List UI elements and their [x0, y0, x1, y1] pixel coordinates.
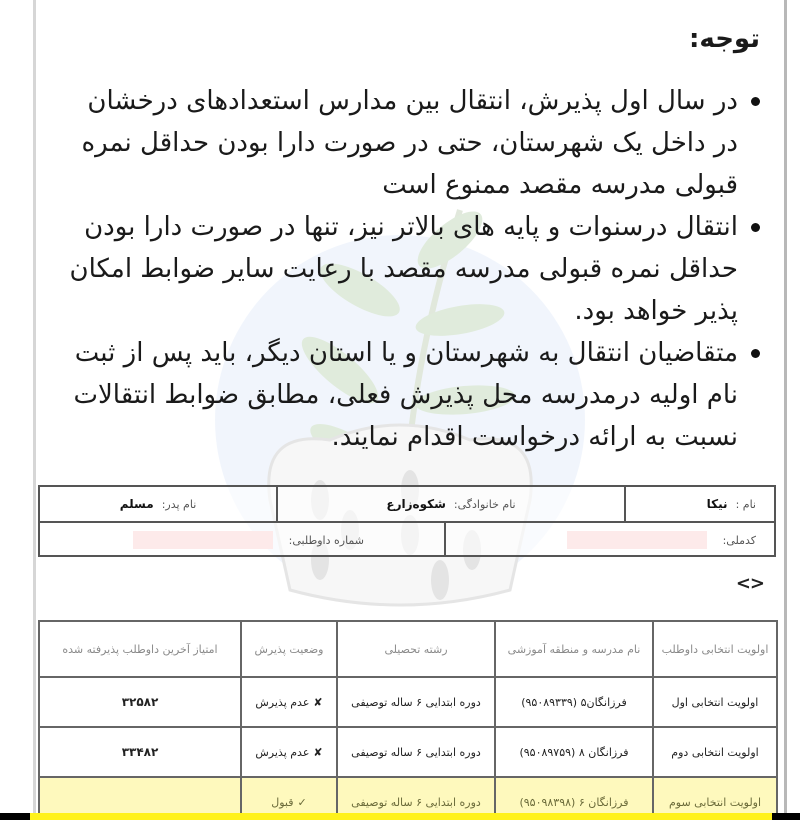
status-text: عدم پذیرش	[255, 696, 309, 709]
student-father-label: نام پدر:	[162, 498, 197, 511]
school-cell: فرزانگان۵ (۹۵۰۸۹۳۳۹)	[495, 677, 653, 727]
student-name-value: نیکا	[707, 497, 728, 511]
table-row: اولویت انتخابی دوم فرزانگان ۸ (۹۵۰۸۹۷۵۹)…	[39, 727, 777, 777]
school-choices-table: اولویت انتخابی داوطلب نام مدرسه و منطقه …	[38, 620, 778, 820]
reject-x-icon: ✘	[313, 746, 322, 759]
highlight-bar	[30, 813, 772, 820]
student-name-label: نام :	[736, 498, 756, 511]
status-cell: ✘عدم پذیرش	[241, 677, 337, 727]
student-number-cell: شماره داوطلبی:	[40, 523, 444, 557]
student-family-value: شکوه‌زارع	[386, 497, 446, 511]
notice-list: در سال اول پذیرش، انتقال بین مدارس استعد…	[58, 80, 760, 458]
header-field: رشته تحصیلی	[337, 621, 495, 677]
student-father-cell: نام پدر: مسلم	[40, 487, 276, 521]
status-text: عدم پذیرش	[255, 746, 309, 759]
field-cell: دوره ابتدایی ۶ ساله توصیفی	[337, 677, 495, 727]
header-priority: اولویت انتخابی داوطلب	[653, 621, 777, 677]
notice-title: توجه:	[689, 24, 760, 54]
table-row: اولویت انتخابی اول فرزانگان۵ (۹۵۰۸۹۳۳۹) …	[39, 677, 777, 727]
student-family-label: نام خانوادگی:	[454, 498, 516, 511]
student-name-cell: نام : نیکا	[624, 487, 774, 521]
accept-check-icon: ✓	[298, 796, 307, 809]
status-cell: ✘عدم پذیرش	[241, 727, 337, 777]
student-father-value: مسلم	[120, 497, 154, 511]
bottom-edge-left	[0, 813, 30, 820]
national-code-label: کدملی:	[723, 534, 756, 547]
header-school: نام مدرسه و منطقه آموزشی	[495, 621, 653, 677]
status-text: قبول	[271, 796, 293, 809]
score-cell: ۳۲۵۸۲	[39, 677, 241, 727]
field-cell: دوره ابتدایی ۶ ساله توصیفی	[337, 727, 495, 777]
student-number-label: شماره داوطلبی:	[289, 534, 364, 547]
student-info-row: کدملی: شماره داوطلبی:	[40, 523, 774, 557]
header-status: وضعیت پذیرش	[241, 621, 337, 677]
student-info-box: نام : نیکا نام خانوادگی: شکوه‌زارع نام پ…	[38, 485, 776, 557]
notice-item: متقاضیان انتقال به شهرستان و یا استان دی…	[58, 332, 738, 458]
national-code-cell: کدملی:	[444, 523, 774, 557]
notice-item: انتقال درسنوات و پایه های بالاتر نیز، تن…	[58, 206, 738, 332]
expand-collapse-toggle-icon[interactable]: <>	[736, 573, 764, 594]
school-cell: فرزانگان ۸ (۹۵۰۸۹۷۵۹)	[495, 727, 653, 777]
priority-cell: اولویت انتخابی دوم	[653, 727, 777, 777]
national-code-value	[567, 531, 707, 549]
notice-item: در سال اول پذیرش، انتقال بین مدارس استعد…	[58, 80, 738, 206]
reject-x-icon: ✘	[313, 696, 322, 709]
bottom-edge-right	[772, 813, 800, 820]
student-info-row: نام : نیکا نام خانوادگی: شکوه‌زارع نام پ…	[40, 487, 774, 523]
header-last-score: امتیاز آخرین داوطلب پذیرفته شده	[39, 621, 241, 677]
student-family-cell: نام خانوادگی: شکوه‌زارع	[276, 487, 624, 521]
table-header-row: اولویت انتخابی داوطلب نام مدرسه و منطقه …	[39, 621, 777, 677]
score-cell: ۳۳۴۸۲	[39, 727, 241, 777]
student-number-value	[133, 531, 273, 549]
priority-cell: اولویت انتخابی اول	[653, 677, 777, 727]
